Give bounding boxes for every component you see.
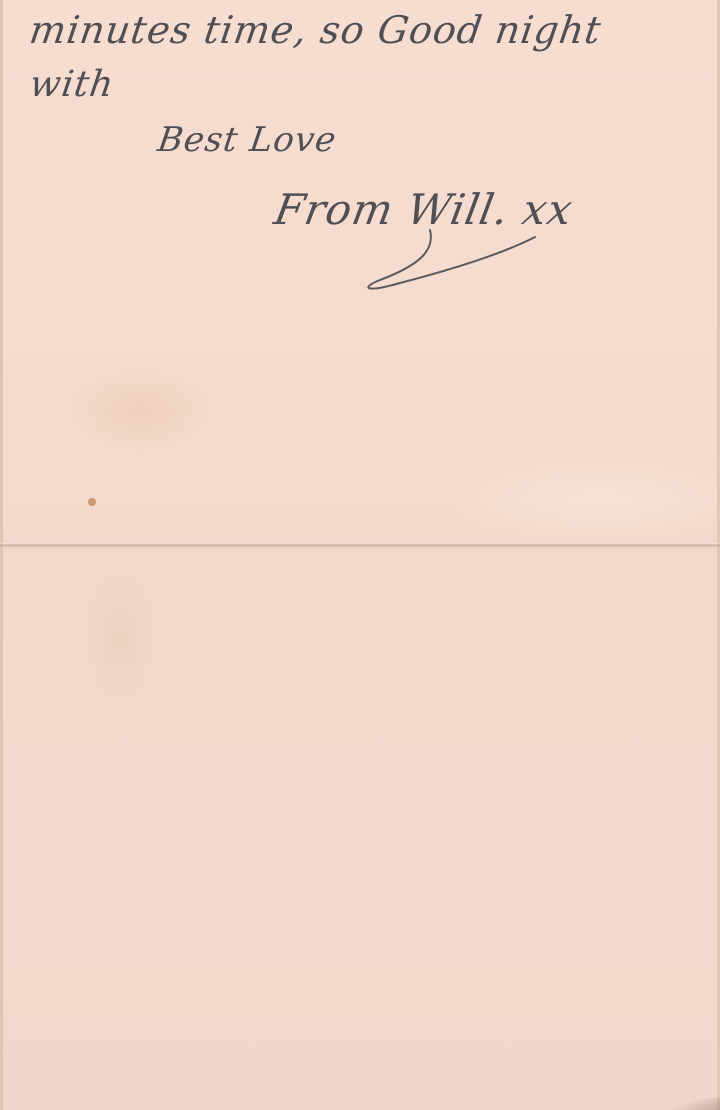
letter-line-closing-sentence: minutes time, so Good night [27,8,604,52]
signature-flourish-icon [360,225,540,290]
letter-page: minutes time, so Good night with Best Lo… [0,0,720,1110]
letter-closing: Best Love [155,120,339,160]
paper-fold-crease [0,543,720,548]
paper-corner-damage [660,1098,720,1110]
letter-line-with: with [27,64,117,105]
ink-stain-spot [88,498,96,506]
